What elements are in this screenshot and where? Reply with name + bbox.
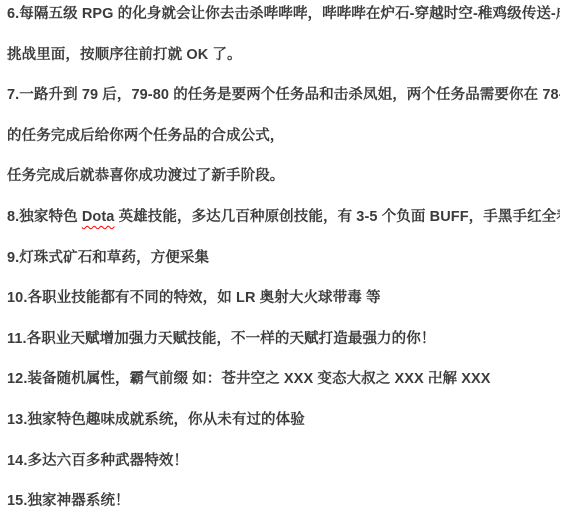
feature-line-7b: 的任务完成后给你两个任务品的合成公式， — [7, 116, 560, 157]
misspelled-word: Dota — [82, 209, 115, 225]
document-page: 6.每隔五级 RPG 的化身就会让你去击杀哔哔哔，哔哔哔在炉石-穿越时空-稚鸡级… — [7, 0, 560, 522]
feature-line-8-text: 英雄技能，多达几百种原创技能，有 3-5 个负面 BUFF，手黑手红全看脸 — [114, 209, 560, 225]
feature-line-6b: 挑战里面，按顺序往前打就 OK 了。 — [7, 35, 560, 76]
feature-line-7a: 7.一路升到 79 后，79-80 的任务是要两个任务品和击杀凤姐，两个任务品需… — [7, 75, 560, 116]
feature-line-6a: 6.每隔五级 RPG 的化身就会让你去击杀哔哔哔，哔哔哔在炉石-穿越时空-稚鸡级… — [7, 0, 560, 35]
feature-line-7c: 任务完成后就恭喜你成功渡过了新手阶段。 — [7, 156, 560, 197]
feature-line-14: 14.多达六百多种武器特效！ — [7, 441, 560, 482]
feature-line-10: 10.各职业技能都有不同的特效，如 LR 奥射大火球带毒 等 — [7, 278, 560, 319]
feature-line-15: 15.独家神器系统！ — [7, 481, 560, 522]
feature-line-8: 8.独家特色 Dota 英雄技能，多达几百种原创技能，有 3-5 个负面 BUF… — [7, 197, 560, 238]
feature-line-13: 13.独家特色趣味成就系统，你从未有过的体验 — [7, 400, 560, 441]
feature-line-9: 9.灯珠式矿石和草药，方便采集 — [7, 238, 560, 279]
feature-line-11: 11.各职业天赋增加强力天赋技能，不一样的天赋打造最强力的你！ — [7, 319, 560, 360]
feature-line-8-text: 8.独家特色 — [7, 209, 82, 225]
feature-line-12: 12.装备随机属性，霸气前缀 如：苍井空之 XXX 变态大叔之 XXX 卍解 X… — [7, 359, 560, 400]
